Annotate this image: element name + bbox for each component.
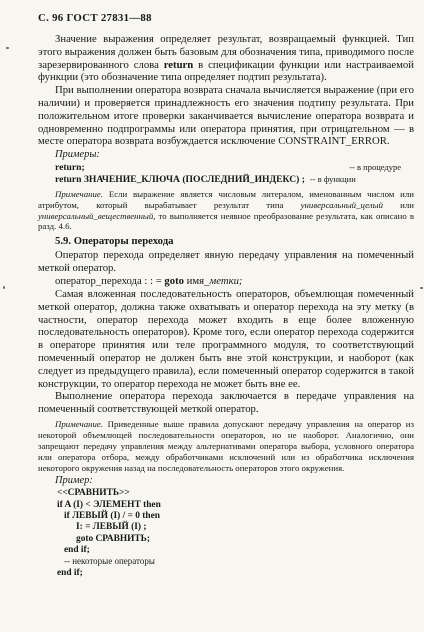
code-line-comment: -- некоторые операторы — [64, 556, 414, 567]
scan-speck — [3, 286, 5, 289]
code-line-label: <<СРАВНИТЬ>> — [57, 488, 414, 499]
examples-block: return; -- в процедуре return ЗНАЧЕНИЕ_К… — [55, 162, 414, 186]
scanned-document-page: { "header": { "title": "С. 96 ГОСТ 27831… — [0, 0, 424, 632]
paragraph-return-value: Значение выражения определяет результат,… — [38, 33, 414, 84]
paragraph-return-execution: При выполнении оператора возврата сначал… — [38, 84, 414, 148]
example-comment: -- в функции — [310, 174, 356, 186]
code-example-goto: <<СРАВНИТЬ>> if A (I) < ЭЛЕМЕНТ then if … — [57, 488, 414, 578]
code-line-assign: I: = ЛЕВЫЙ (I) ; — [76, 522, 414, 533]
paragraph-goto-execution: Выполнение оператора перехода заключаетс… — [38, 390, 414, 416]
section-heading-5-9: 5.9. Операторы перехода — [38, 235, 414, 248]
examples-label: Примеры: — [55, 149, 414, 161]
paragraph-goto-rules: Самая вложенная последовательность опера… — [38, 288, 414, 390]
note-goto-restrictions: Примечание. Приведенные выше правила доп… — [38, 419, 414, 474]
scan-speck — [6, 47, 9, 49]
syntax-rule-goto: оператор_перехода : : = goto имя_метки; — [38, 275, 414, 288]
page-header: С. 96 ГОСТ 27831—88 — [38, 12, 414, 24]
code-line-goto: goto СРАВНИТЬ; — [76, 534, 414, 545]
scan-speck — [420, 287, 423, 289]
example-label: Пример: — [55, 475, 414, 487]
example-comment: -- в процедуре — [349, 162, 401, 174]
code-line-if-inner: if ЛЕВЫЙ (I) / = 0 then — [64, 511, 414, 522]
code-line-end-inner: end if; — [64, 545, 414, 556]
example-code: return ЗНАЧЕНИЕ_КЛЮЧА (ПОСЛЕДНИЙ_ИНДЕКС)… — [55, 174, 305, 186]
code-line-if-outer: if A (I) < ЭЛЕМЕНТ then — [57, 500, 414, 511]
example-return-procedure: return; -- в процедуре — [55, 162, 401, 174]
document-page: С. 96 ГОСТ 27831—88 Значение выражения о… — [38, 12, 414, 579]
example-return-function: return ЗНАЧЕНИЕ_КЛЮЧА (ПОСЛЕДНИЙ_ИНДЕКС)… — [55, 174, 401, 186]
example-code: return; — [55, 162, 85, 174]
paragraph-goto-definition: Оператор перехода определяет явную перед… — [38, 249, 414, 275]
note-universal-types: Примечание. Если выражение является числ… — [38, 189, 414, 233]
code-line-end-outer: end if; — [57, 568, 414, 579]
